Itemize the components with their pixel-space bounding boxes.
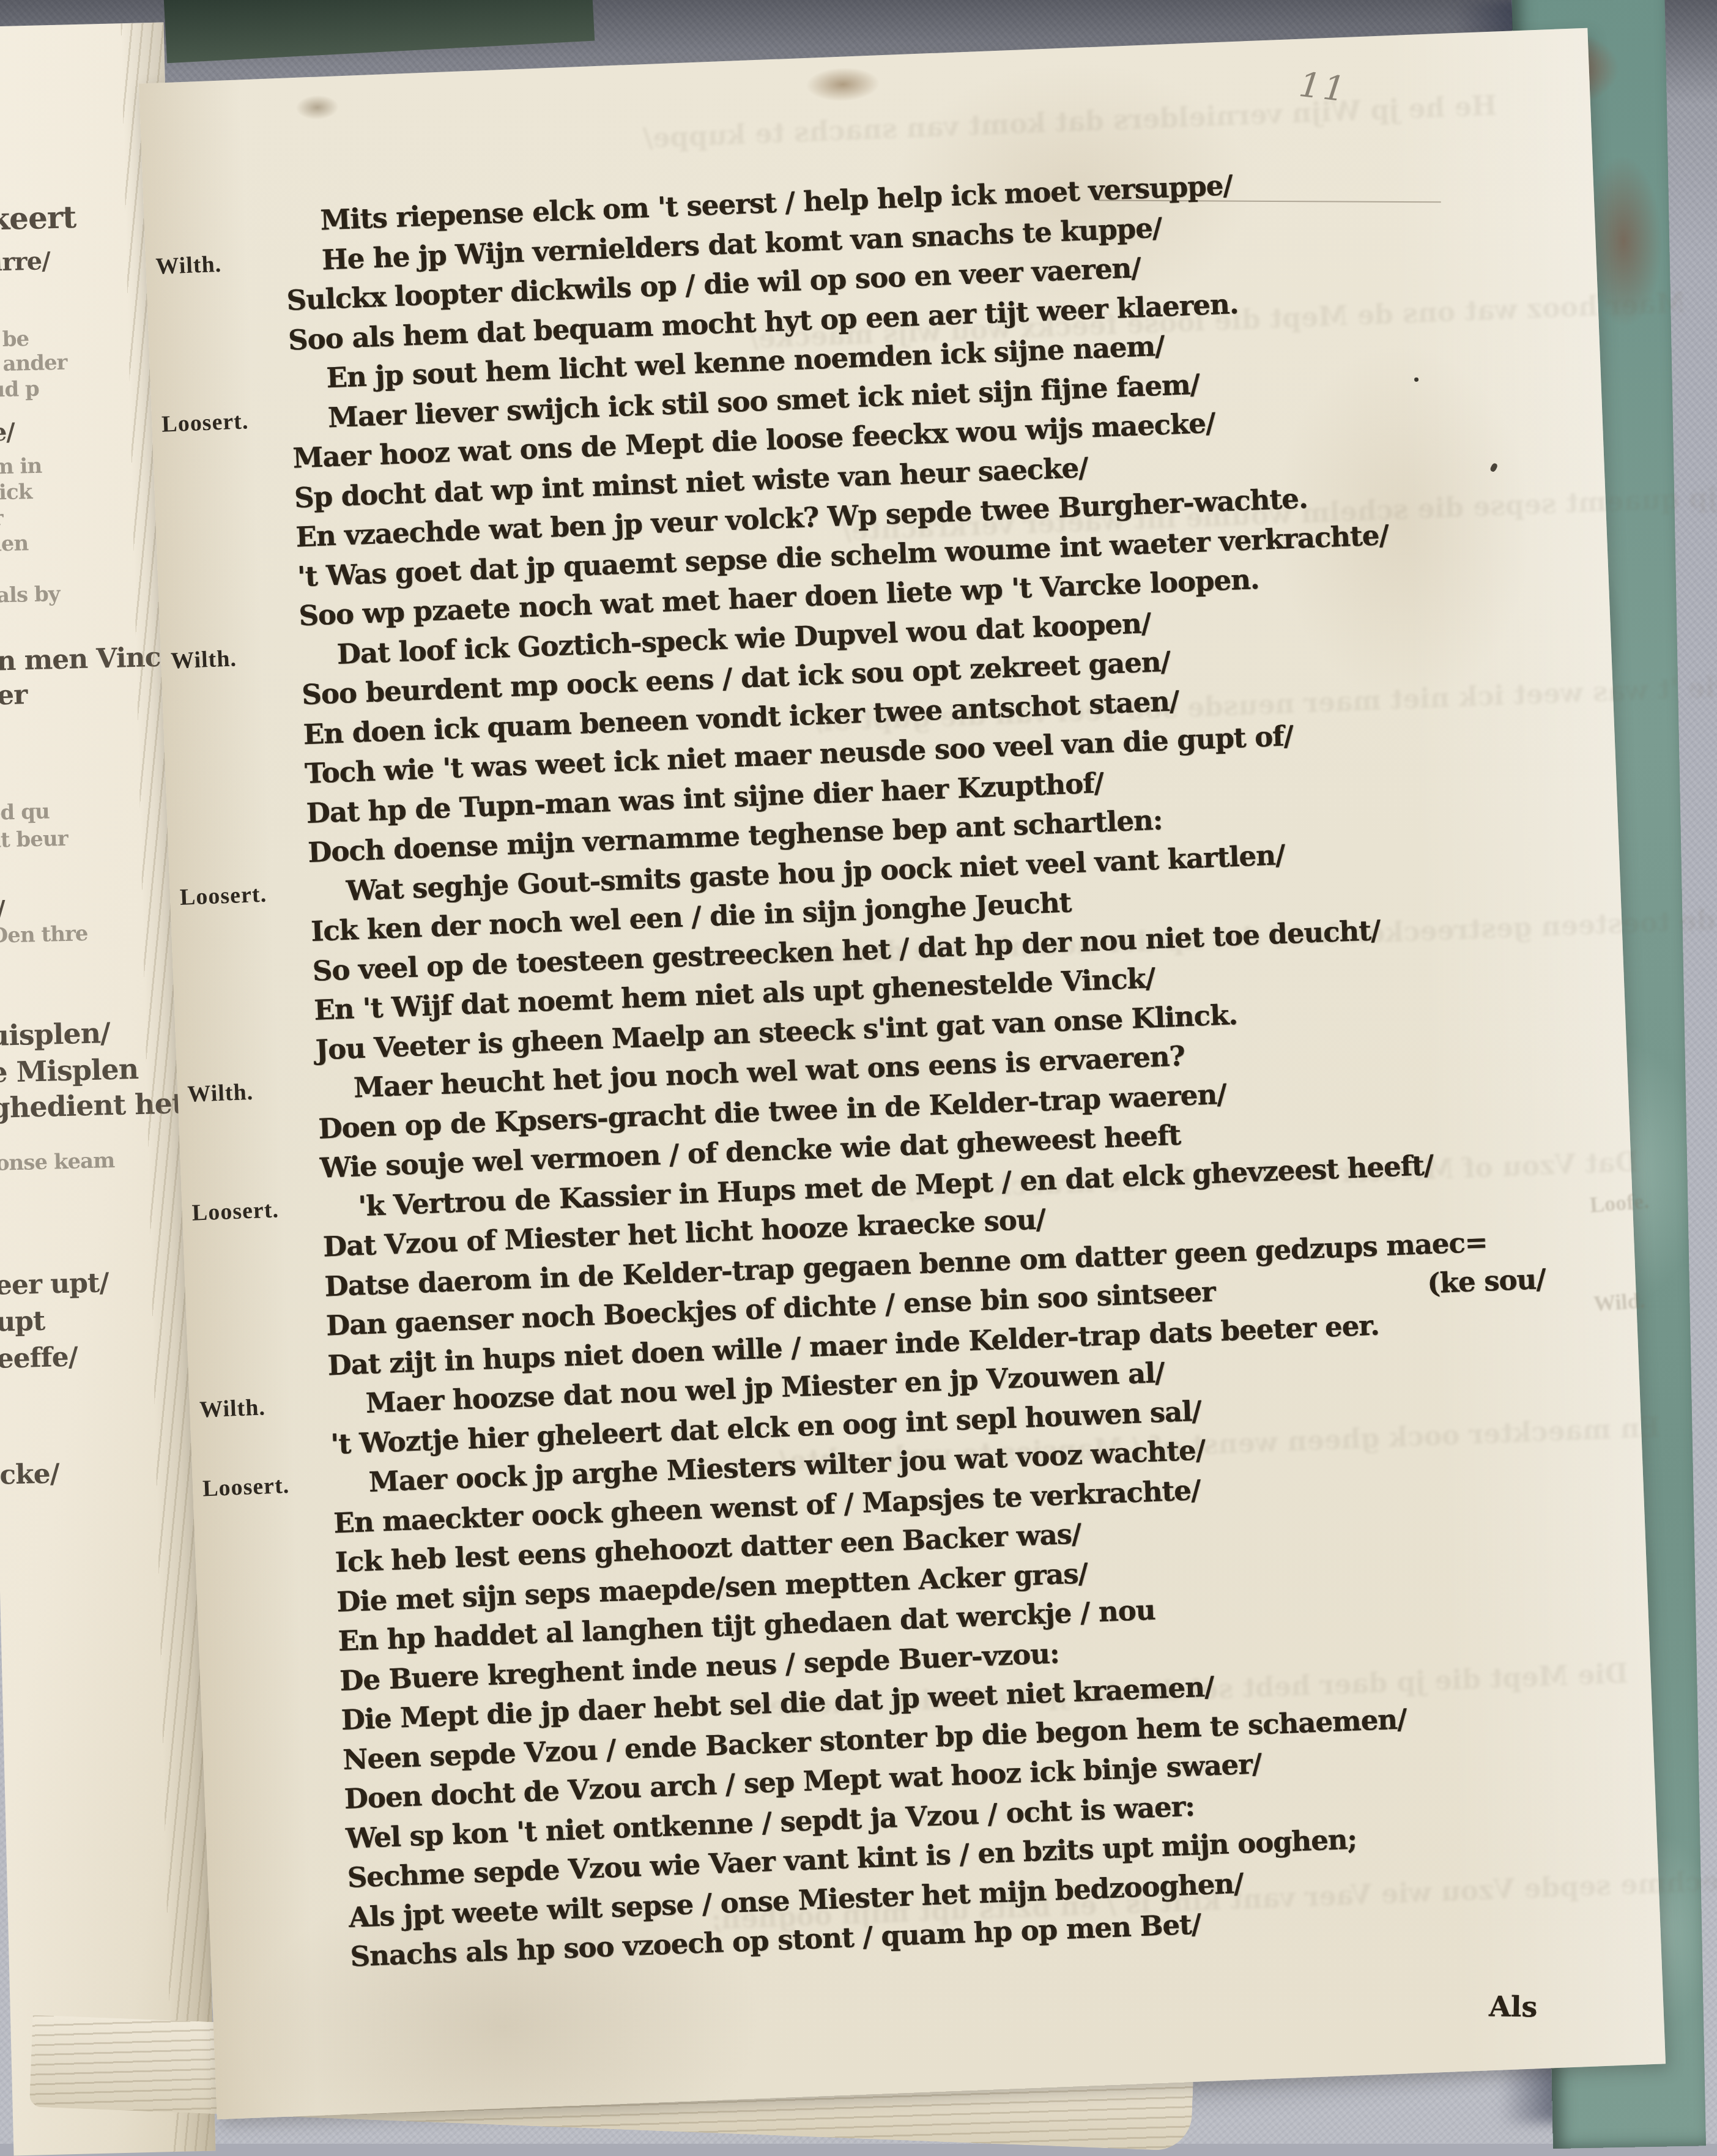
- facing-page-fragment: t/: [0, 895, 5, 924]
- facing-page-fragment: hals by: [0, 582, 60, 608]
- dialogue-text-block: Mits riepense elck om 't seerst / help h…: [283, 159, 1565, 1980]
- facing-page-fragment: onse keam: [0, 1148, 115, 1176]
- facing-page-fragment: ie ander: [0, 351, 67, 377]
- facing-page-fragment: eeffe/: [0, 1342, 78, 1375]
- facing-page-fragment: er: [0, 506, 3, 531]
- photo-scene: nokeerteurre/Dal beie anderoud pne/om in…: [0, 0, 1717, 2144]
- show-through-speaker-label: Loofe.: [1589, 1188, 1650, 1218]
- facing-page-fragment: oud p: [0, 377, 39, 403]
- facing-page-fragment: at beur: [0, 827, 68, 853]
- speaker-label: Wilth.: [155, 250, 222, 280]
- facing-page-fragment: ghedient het: [0, 1087, 185, 1124]
- facing-page-fragment: uisplen/: [0, 1016, 110, 1052]
- speaker-label: Wilth.: [187, 1079, 254, 1108]
- facing-page-fragment: e Misplen: [0, 1052, 139, 1089]
- facing-page-fragment: upt: [0, 1306, 45, 1338]
- paper-stain: [806, 66, 880, 103]
- facing-page-fragment: okeert: [0, 199, 76, 237]
- facing-page-fragment: eer upt/: [0, 1267, 109, 1301]
- facing-page-fragment: eurre/: [0, 247, 50, 277]
- facing-page-fragment: olen: [0, 531, 29, 557]
- facing-page-fragment: om in: [0, 454, 42, 480]
- book-page: He he jp Wijn vernielders dat komt van s…: [139, 28, 1666, 2120]
- speaker-label: Loosert.: [161, 407, 250, 437]
- page-number: 11: [1297, 65, 1349, 110]
- speaker-label: Wilth.: [199, 1394, 265, 1423]
- facing-page-fragment: ne/: [0, 418, 15, 448]
- facing-page-fragment: Den thre: [0, 921, 88, 948]
- facing-page-fragment: cke/: [0, 1458, 59, 1490]
- facing-page-fragment: od qu: [0, 799, 50, 825]
- paper-stain: [295, 94, 339, 121]
- speaker-label: Loosert.: [191, 1196, 280, 1226]
- show-through-line: He he jp Wijn vernielders dat komt van s…: [642, 91, 1497, 155]
- turnover-text: (ke sou/: [1426, 1263, 1546, 1299]
- speaker-label: Loosert.: [179, 880, 267, 910]
- show-through-speaker-label: Wild.: [1593, 1287, 1646, 1317]
- facing-page-fragment: a ick: [0, 480, 32, 505]
- catchword: Als: [1489, 1990, 1538, 2023]
- facing-page-fragment: al be: [0, 327, 29, 352]
- speaker-label: Wilth.: [170, 645, 237, 674]
- speaker-label: Loosert.: [202, 1472, 290, 1502]
- facing-page-fragment: eer: [0, 679, 28, 712]
